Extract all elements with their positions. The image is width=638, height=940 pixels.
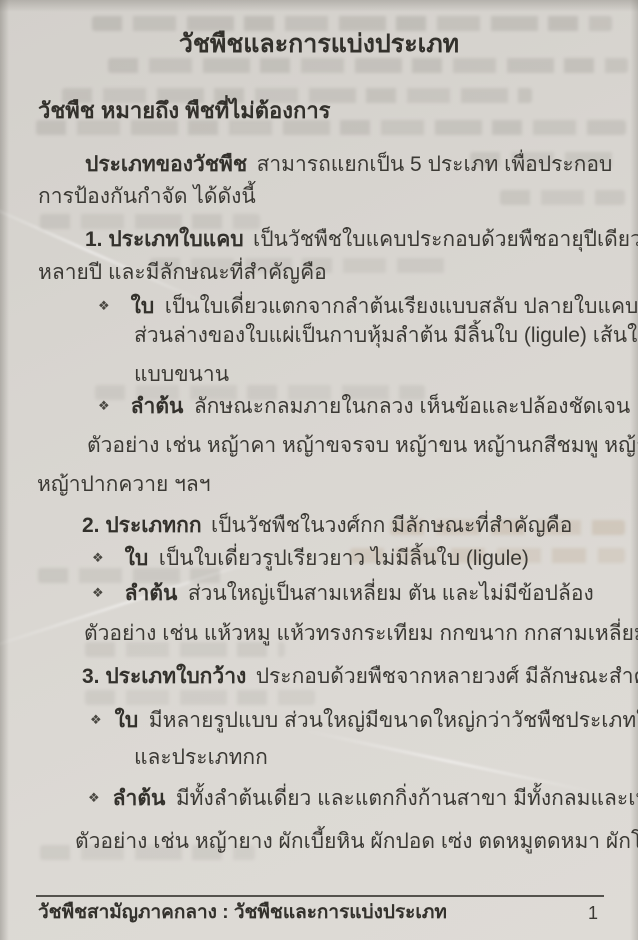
section-2-heading-rest: เป็นวัชพืชในวงศ์กก มีลักษณะที่สำคัญคือ [211, 514, 572, 537]
bullet-text: ส่วนใหญ่เป็นสามเหลี่ยม ตัน และไม่มีข้อปล… [188, 582, 594, 605]
section-1-bullet-leaf-line2: ส่วนล่างของใบแผ่เป็นกาบหุ้มลำต้น มีลิ้นใ… [134, 321, 638, 351]
diamond-bullet-icon: ❖ [88, 783, 100, 813]
section-3-heading: 3. ประเภทใบกว้างประกอบด้วยพืชจากหลายวงศ์… [82, 662, 638, 692]
intro-line-2: การป้องกันกำจัด ได้ดังนี้ [38, 182, 256, 212]
bullet-term-leaf: ใบ [131, 295, 155, 318]
bullet-text: เป็นใบเดี่ยวแตกจากลำต้นเรียงแบบสลับ ปลาย… [165, 295, 638, 318]
diamond-bullet-icon: ❖ [92, 578, 104, 608]
section-1-bullet-leaf: ❖ใบเป็นใบเดี่ยวแตกจากลำต้นเรียงแบบสลับ ป… [98, 291, 638, 322]
section-3-heading-rest: ประกอบด้วยพืชจากหลายวงศ์ มีลักษณะสำคัญ ค… [256, 665, 638, 688]
bullet-term-stem: ลำต้น [113, 787, 166, 810]
section-1-examples-line2: หญ้าปากควาย ฯลฯ [37, 470, 211, 500]
section-3-number-title: 3. ประเภทใบกว้าง [82, 665, 246, 688]
section-3-bullet-stem: ❖ลำต้นมีทั้งลำต้นเดี่ยว และแตกกิ่งก้านสา… [88, 783, 638, 814]
section-2-number-title: 2. ประเภทกก [82, 514, 202, 537]
section-2-examples-line1: ตัวอย่าง เช่น แห้วหมู แห้วทรงกระเทียม กก… [84, 619, 638, 649]
footer-rule [36, 895, 604, 897]
bullet-text: เป็นใบเดี่ยวรูปเรียวยาว ไม่มีลิ้นใบ (lig… [159, 547, 529, 570]
section-3-bullet-leaf-line2: และประเภทกก [134, 743, 268, 773]
bleedthrough-smudge [85, 690, 315, 705]
scan-edge-shadow-left [0, 0, 9, 940]
section-1-examples-line1: ตัวอย่าง เช่น หญ้าคา หญ้าขจรจบ หญ้าขน หญ… [87, 431, 638, 461]
bullet-term-leaf: ใบ [115, 709, 139, 732]
bullet-term-stem: ลำต้น [125, 582, 178, 605]
section-1-heading-rest: เป็นวัชพืชใบแคบประกอบด้วยพืชอายุปีเดียวแ… [253, 228, 638, 251]
bullet-text: มีทั้งลำต้นเดี่ยว และแตกกิ่งก้านสาขา มีท… [176, 787, 638, 810]
bullet-text: มีหลายรูปแบบ ส่วนใหญ่มีขนาดใหญ่กว่าวัชพื… [149, 709, 638, 732]
section-1-heading-line2: หลายปี และมีลักษณะที่สำคัญคือ [38, 258, 327, 288]
intro-lead: ประเภทของวัชพืช [85, 153, 247, 176]
section-2-bullet-stem: ❖ลำต้นส่วนใหญ่เป็นสามเหลี่ยม ตัน และไม่ม… [92, 578, 594, 609]
section-3-examples-line1: ตัวอย่าง เช่น หญ้ายาง ผักเบี้ยหิน ผักปอด… [75, 827, 638, 857]
section-2-heading: 2. ประเภทกกเป็นวัชพืชในวงศ์กก มีลักษณะที… [82, 511, 572, 541]
diamond-bullet-icon: ❖ [90, 705, 102, 735]
bullet-text: ลักษณะกลมภายในกลวง เห็นข้อและปล้องชัดเจน [194, 395, 630, 418]
footer-running-title: วัชพืชสามัญภาคกลาง : วัชพืชและการแบ่งประ… [38, 900, 447, 926]
scan-edge-shadow-top [0, 0, 638, 12]
page-number: 1 [588, 900, 598, 926]
section-2-bullet-leaf: ❖ใบเป็นใบเดี่ยวรูปเรียวยาว ไม่มีลิ้นใบ (… [92, 543, 529, 574]
bullet-term-stem: ลำต้น [131, 395, 184, 418]
weed-definition: วัชพืช หมายถึง พืชที่ไม่ต้องการ [38, 96, 331, 126]
section-1-heading: 1. ประเภทใบแคบเป็นวัชพืชใบแคบประกอบด้วยพ… [85, 225, 638, 255]
section-1-bullet-leaf-line3: แบบขนาน [134, 360, 229, 390]
intro-line-1: ประเภทของวัชพืชสามารถแยกเป็น 5 ประเภท เพ… [85, 150, 612, 180]
diamond-bullet-icon: ❖ [92, 543, 104, 573]
bullet-term-leaf: ใบ [125, 547, 149, 570]
diamond-bullet-icon: ❖ [98, 291, 110, 321]
section-1-number-title: 1. ประเภทใบแคบ [85, 228, 244, 251]
bleedthrough-smudge [500, 190, 625, 205]
section-3-bullet-leaf: ❖ใบมีหลายรูปแบบ ส่วนใหญ่มีขนาดใหญ่กว่าวั… [90, 705, 638, 736]
intro-rest: สามารถแยกเป็น 5 ประเภท เพื่อประกอบ [257, 153, 613, 176]
diamond-bullet-icon: ❖ [98, 391, 110, 421]
scanned-document-page: วัชพืชและการแบ่งประเภท วัชพืช หมายถึง พื… [0, 0, 638, 940]
section-1-bullet-stem: ❖ลำต้นลักษณะกลมภายในกลวง เห็นข้อและปล้อง… [98, 391, 630, 422]
page-title: วัชพืชและการแบ่งประเภท [0, 27, 638, 61]
